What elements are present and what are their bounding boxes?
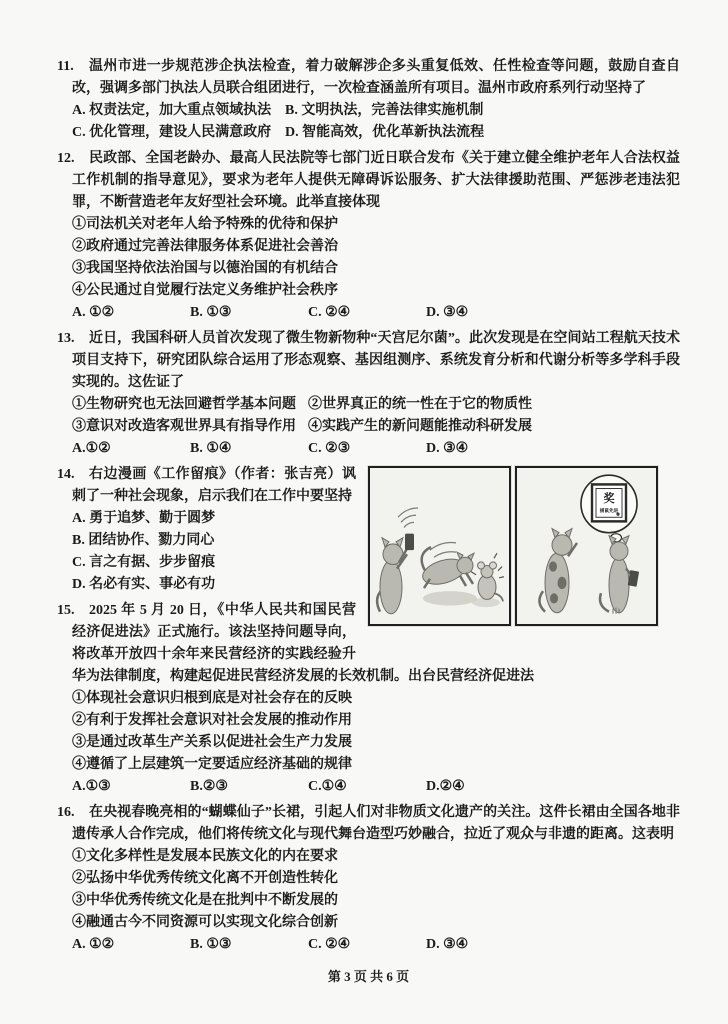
seal-mark [616,513,619,516]
answer-b: B. ①④ [190,438,308,460]
answer-a: A.①② [72,438,190,460]
award-label: 奖 [604,491,616,505]
exam-page: { "colors": { "paper": "#f8f8f6", "ink":… [0,0,728,1024]
answer-b: B.②③ [190,776,308,798]
question-11-number: 11. [57,56,74,78]
question-13-number: 13. [57,328,75,350]
question-13: 13. 近日，我国科研人员首次发现了微生物新物种“天宫尼尔菌”。此次发现是在空间… [57,328,680,460]
question-13-answers: A.①② B. ①④ C. ②③ D. ③④ [72,438,680,460]
answer-d: D. ③④ [426,934,468,956]
answer-d: D. ③④ [426,302,468,324]
question-13-stem: 近日，我国科研人员首次发现了微生物新物种“天宫尼尔菌”。此次发现是在空间站工程航… [72,328,680,394]
statement-1: ①文化多样性是发展本民族文化的内在要求 [72,846,680,868]
question-14: 奖 捕鼠先进 [57,464,680,596]
statement-4: ④实践产生的新问题能推动科研发展 [308,416,532,438]
question-16-answers: A. ①② B. ①③ C. ②④ D. ③④ [72,934,680,956]
question-11: 11. 温州市进一步规范涉企执法检查，着力破解涉企多头重复低效、任性检查等问题，… [57,56,680,144]
statement-1: ①体现社会意识归根到底是对社会存在的反映 [72,688,680,710]
option-d: D. 智能高效，优化革新执法流程 [285,122,484,144]
motion-arcs [430,543,456,558]
questions-14-15-section: 奖 捕鼠先进 [57,464,680,798]
question-11-options-row-2: C. 优化管理，建设人民满意政府 D. 智能高效，优化革新执法流程 [72,122,680,144]
statement-2: ②政府通过完善法律服务体系促进社会善治 [72,236,680,258]
camera-flash-marks [398,508,418,528]
answer-b: B. ①③ [190,934,308,956]
answer-b: B. ①③ [190,302,308,324]
question-16-number: 16. [57,802,75,824]
statement-3: ③中华优秀传统文化是在批判中不断发展的 [72,890,680,912]
question-14-number: 14. [57,464,75,486]
answer-a: A. ①② [72,302,190,324]
question-12-answers: A. ①② B. ①③ C. ②④ D. ③④ [72,302,680,324]
question-12-stem: 民政部、全国老龄办、最高人民法院等七部门近日联合发布《关于建立健全维护老年人合法… [72,148,680,214]
answer-c: C. ②③ [308,438,426,460]
statement-4: ④遵循了上层建筑一定要适应经济基础的规律 [72,754,680,776]
statement-2: ②弘扬中华优秀传统文化离不开创造性转化 [72,868,680,890]
option-c: C. 优化管理，建设人民满意政府 [72,122,285,144]
phone-icon [405,534,414,550]
question-12-number: 12. [57,148,75,170]
answer-c: C. ②④ [308,302,426,324]
question-15-stem: 2025 年 5 月 20 日，《中华人民共和国民营经济促进法》正式施行。该法坚… [72,600,680,688]
question-15: 15. 2025 年 5 月 20 日，《中华人民共和国民营经济促进法》正式施行… [57,600,680,798]
statement-1: ①司法机关对老年人给予特殊的优待和保护 [72,214,680,236]
leaping-cat [420,547,474,589]
answer-d: D.②④ [426,776,465,798]
question-12: 12. 民政部、全国老龄办、最高人民法院等七部门近日联合发布《关于建立健全维护老… [57,148,680,324]
thought-bubble: 奖 捕鼠先进 [581,475,637,550]
answer-c: C. ②④ [308,934,426,956]
statement-4: ④公民通过自觉履行法定义务维护社会秩序 [72,280,680,302]
question-13-statements-row-1: ①生物研究也无法回避哲学基本问题 ②世界真正的统一性在于它的物质性 [72,394,680,416]
option-a: A. 权责法定，加大重点领域执法 [72,100,285,122]
award-subtext: 捕鼠先进 [599,507,619,514]
frightened-mouse [478,562,504,602]
answer-a: A. ①② [72,934,190,956]
question-16-stem: 在央视春晚亮相的“蝴蝶仙子”长裙，引起人们对非物质文化遗产的关注。这件长裙由全国… [72,802,680,846]
question-15-number: 15. [57,600,75,622]
statement-1: ①生物研究也无法回避哲学基本问题 [72,394,308,416]
statement-4: ④融通古今不同资源可以实现文化综合创新 [72,912,680,934]
question-16: 16. 在央视春晚亮相的“蝴蝶仙子”长裙，引起人们对非物质文化遗产的关注。这件长… [57,802,680,956]
question-11-stem: 温州市进一步规范涉企执法检查，着力破解涉企多头重复低效、任性检查等问题，鼓励自查… [72,56,680,100]
option-b: B. 文明执法，完善法律实施机制 [285,100,483,122]
question-11-options-row-1: A. 权责法定，加大重点领域执法 B. 文明执法，完善法律实施机制 [72,100,680,122]
statement-2: ②世界真正的统一性在于它的物质性 [308,394,532,416]
statement-3: ③意识对改造客观世界具有指导作用 [72,416,308,438]
question-13-statements-row-2: ③意识对改造客观世界具有指导作用 ④实践产生的新问题能推动科研发展 [72,416,680,438]
statement-3: ③我国坚持依法治国与以德治国的有机结合 [72,258,680,280]
question-15-answers: A.①③ B.②③ C.①④ D.②④ [72,776,680,798]
answer-d: D. ③④ [426,438,468,460]
page-footer: 第 3 页 共 6 页 [57,966,680,988]
statement-3: ③是通过改革生产关系以促进社会生产力发展 [72,732,680,754]
statement-2: ②有利于发挥社会意识对社会发展的推动作用 [72,710,680,732]
answer-a: A.①③ [72,776,190,798]
answer-c: C.①④ [308,776,426,798]
